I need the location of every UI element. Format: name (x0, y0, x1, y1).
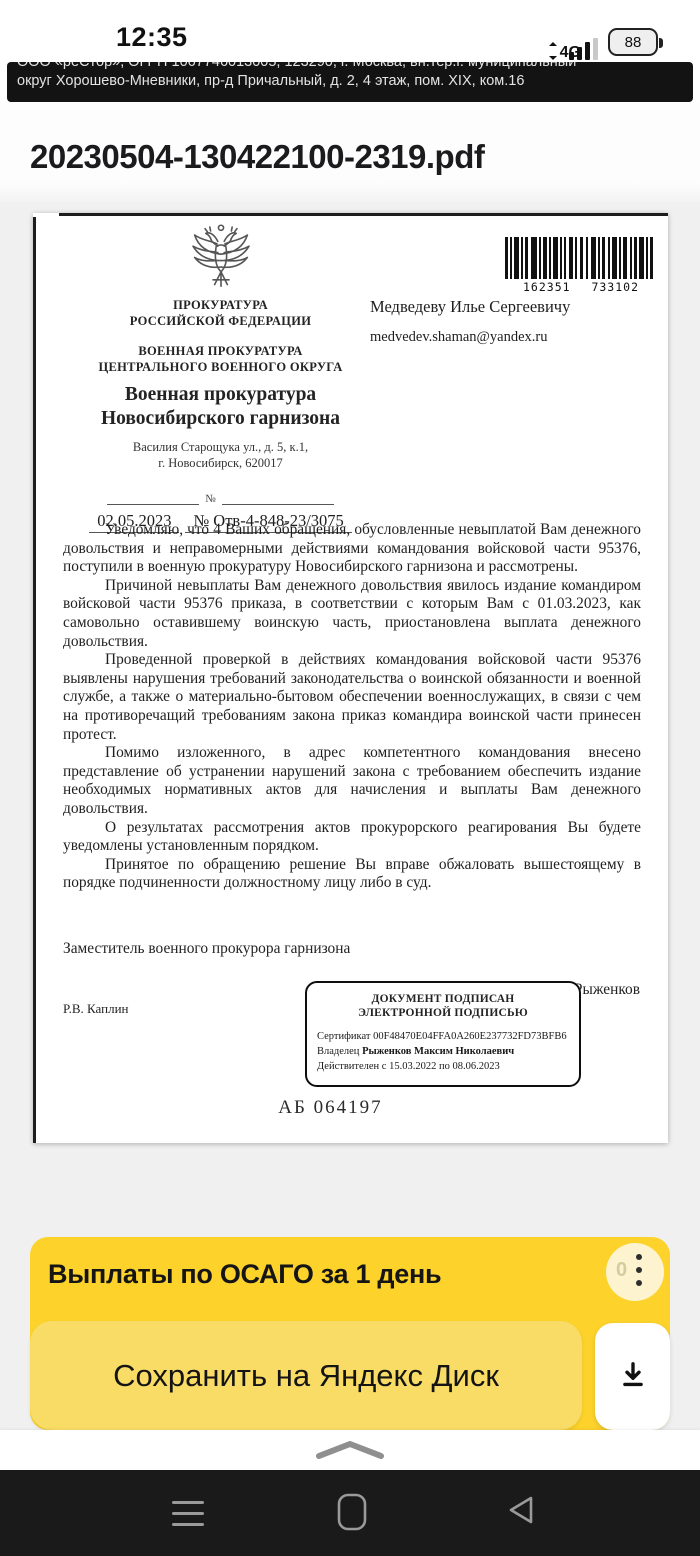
ticker-line-1: ООО «реСтор», ОГРН 1067746013005, 123290… (17, 62, 683, 72)
paragraph: Причиной невыплаты Вам денежного довольс… (63, 577, 641, 651)
paragraph: Помимо изложенного, в адрес компетентног… (63, 744, 641, 818)
paragraph: Проведенной проверкой в действиях команд… (63, 651, 641, 744)
letterhead-org-1: ПРОКУРАТУРА РОССИЙСКОЙ ФЕДЕРАЦИИ (63, 297, 378, 329)
executor-name: Р.В. Каплин (63, 1001, 128, 1017)
stamp-owner-line: Владелец Рыженков Максим Николаевич (317, 1044, 569, 1059)
ticker-line-2: округ Хорошево-Мневники, пр-д Причальный… (17, 72, 683, 91)
numero-sign: № (205, 493, 216, 505)
back-triangle-icon (505, 1515, 537, 1530)
signer-position: Заместитель военного прокурора гарнизона (63, 940, 350, 958)
ad-banner: Выплаты по ОСАГО за 1 день 0 Сохранить н… (30, 1237, 670, 1430)
ad-options-button[interactable]: 0 (606, 1243, 664, 1301)
signal-strength-icon (569, 38, 598, 60)
recents-menu-button[interactable] (172, 1493, 204, 1534)
status-bar: 12:35 4G 88 (0, 0, 700, 62)
kebab-menu-icon (636, 1254, 642, 1286)
battery-icon: 88 (608, 28, 658, 56)
network-cluster: 4G (548, 24, 598, 60)
bottom-sheet-strip (0, 1430, 700, 1470)
digital-signature-stamp: ДОКУМЕНТ ПОДПИСАН ЭЛЕКТРОННОЙ ПОДПИСЬЮ С… (305, 981, 581, 1087)
android-nav-bar (0, 1470, 700, 1556)
letter-body: Уведомляю, что 4 Ваших обращения, обусло… (63, 521, 641, 893)
viewer-header: 20230504-130422100-2319.pdf (0, 102, 700, 202)
file-name-title: 20230504-130422100-2319.pdf (30, 138, 484, 176)
barcode: 162351 733102 (505, 237, 653, 294)
pull-up-handle[interactable] (313, 1439, 387, 1461)
stamp-header-2: ЭЛЕКТРОННОЙ ПОДПИСЬЮ (317, 1006, 569, 1020)
stamp-certificate-line: Сертификат 00F48470E04FFA0A260E237732FD7… (317, 1029, 569, 1044)
paragraph: Принятое по обращению решение Вы вправе … (63, 856, 641, 893)
ad-legal-ticker: ООО «реСтор», ОГРН 1067746013005, 123290… (7, 62, 693, 102)
battery-level: 88 (625, 34, 642, 51)
russia-coat-of-arms-icon (189, 221, 253, 297)
ad-banner-title: Выплаты по ОСАГО за 1 день (48, 1259, 441, 1290)
clock: 12:35 (116, 22, 188, 53)
paragraph: О результатах рассмотрения актов прокуро… (63, 819, 641, 856)
stamp-validity-line: Действителен с 15.03.2022 по 08.06.2023 (317, 1059, 569, 1074)
letterhead-address: Василия Старощука ул., д. 5, к.1, г. Нов… (63, 439, 378, 471)
reference-blank-row: № (63, 493, 378, 505)
letterhead-garrison-title: Военная прокуратура Новосибирского гарни… (63, 383, 378, 431)
letterhead-org-2: ВОЕННАЯ ПРОКУРАТУРА ЦЕНТРАЛЬНОГО ВОЕННОГ… (63, 343, 378, 375)
ad-countdown: 0 (616, 1259, 627, 1282)
pdf-page: ПРОКУРАТУРА РОССИЙСКОЙ ФЕДЕРАЦИИ ВОЕННАЯ… (33, 213, 668, 1143)
pdf-viewer-area[interactable]: ПРОКУРАТУРА РОССИЙСКОЙ ФЕДЕРАЦИИ ВОЕННАЯ… (0, 202, 700, 1430)
data-transfer-icon (548, 42, 558, 60)
hamburger-icon (172, 1501, 204, 1526)
letterhead: ПРОКУРАТУРА РОССИЙСКОЙ ФЕДЕРАЦИИ ВОЕННАЯ… (63, 221, 378, 533)
stamp-header-1: ДОКУМЕНТ ПОДПИСАН (317, 992, 569, 1006)
addressee-block: Медведеву Илье Сергеевичу medvedev.shama… (370, 297, 570, 346)
download-icon (618, 1360, 648, 1393)
phone-screen: 12:35 4G 88 ООО «реСтор», ОГРН 106774601… (0, 0, 700, 1556)
download-button[interactable] (595, 1323, 670, 1430)
addressee-email: medvedev.shaman@yandex.ru (370, 329, 570, 346)
battery-nub (659, 38, 663, 48)
barcode-number-right: 733102 (591, 280, 639, 294)
home-square-icon (337, 1519, 367, 1534)
save-to-yandex-disk-button[interactable]: Сохранить на Яндекс Диск (30, 1321, 582, 1430)
paragraph: Уведомляю, что 4 Ваших обращения, обусло… (63, 521, 641, 577)
status-icons: 4G 88 (548, 24, 658, 60)
addressee-name: Медведеву Илье Сергеевичу (370, 297, 570, 317)
home-button[interactable] (337, 1493, 367, 1531)
back-button[interactable] (505, 1493, 537, 1527)
barcode-number-left: 162351 (523, 280, 571, 294)
form-blank-number: АБ 064197 (33, 1097, 628, 1119)
